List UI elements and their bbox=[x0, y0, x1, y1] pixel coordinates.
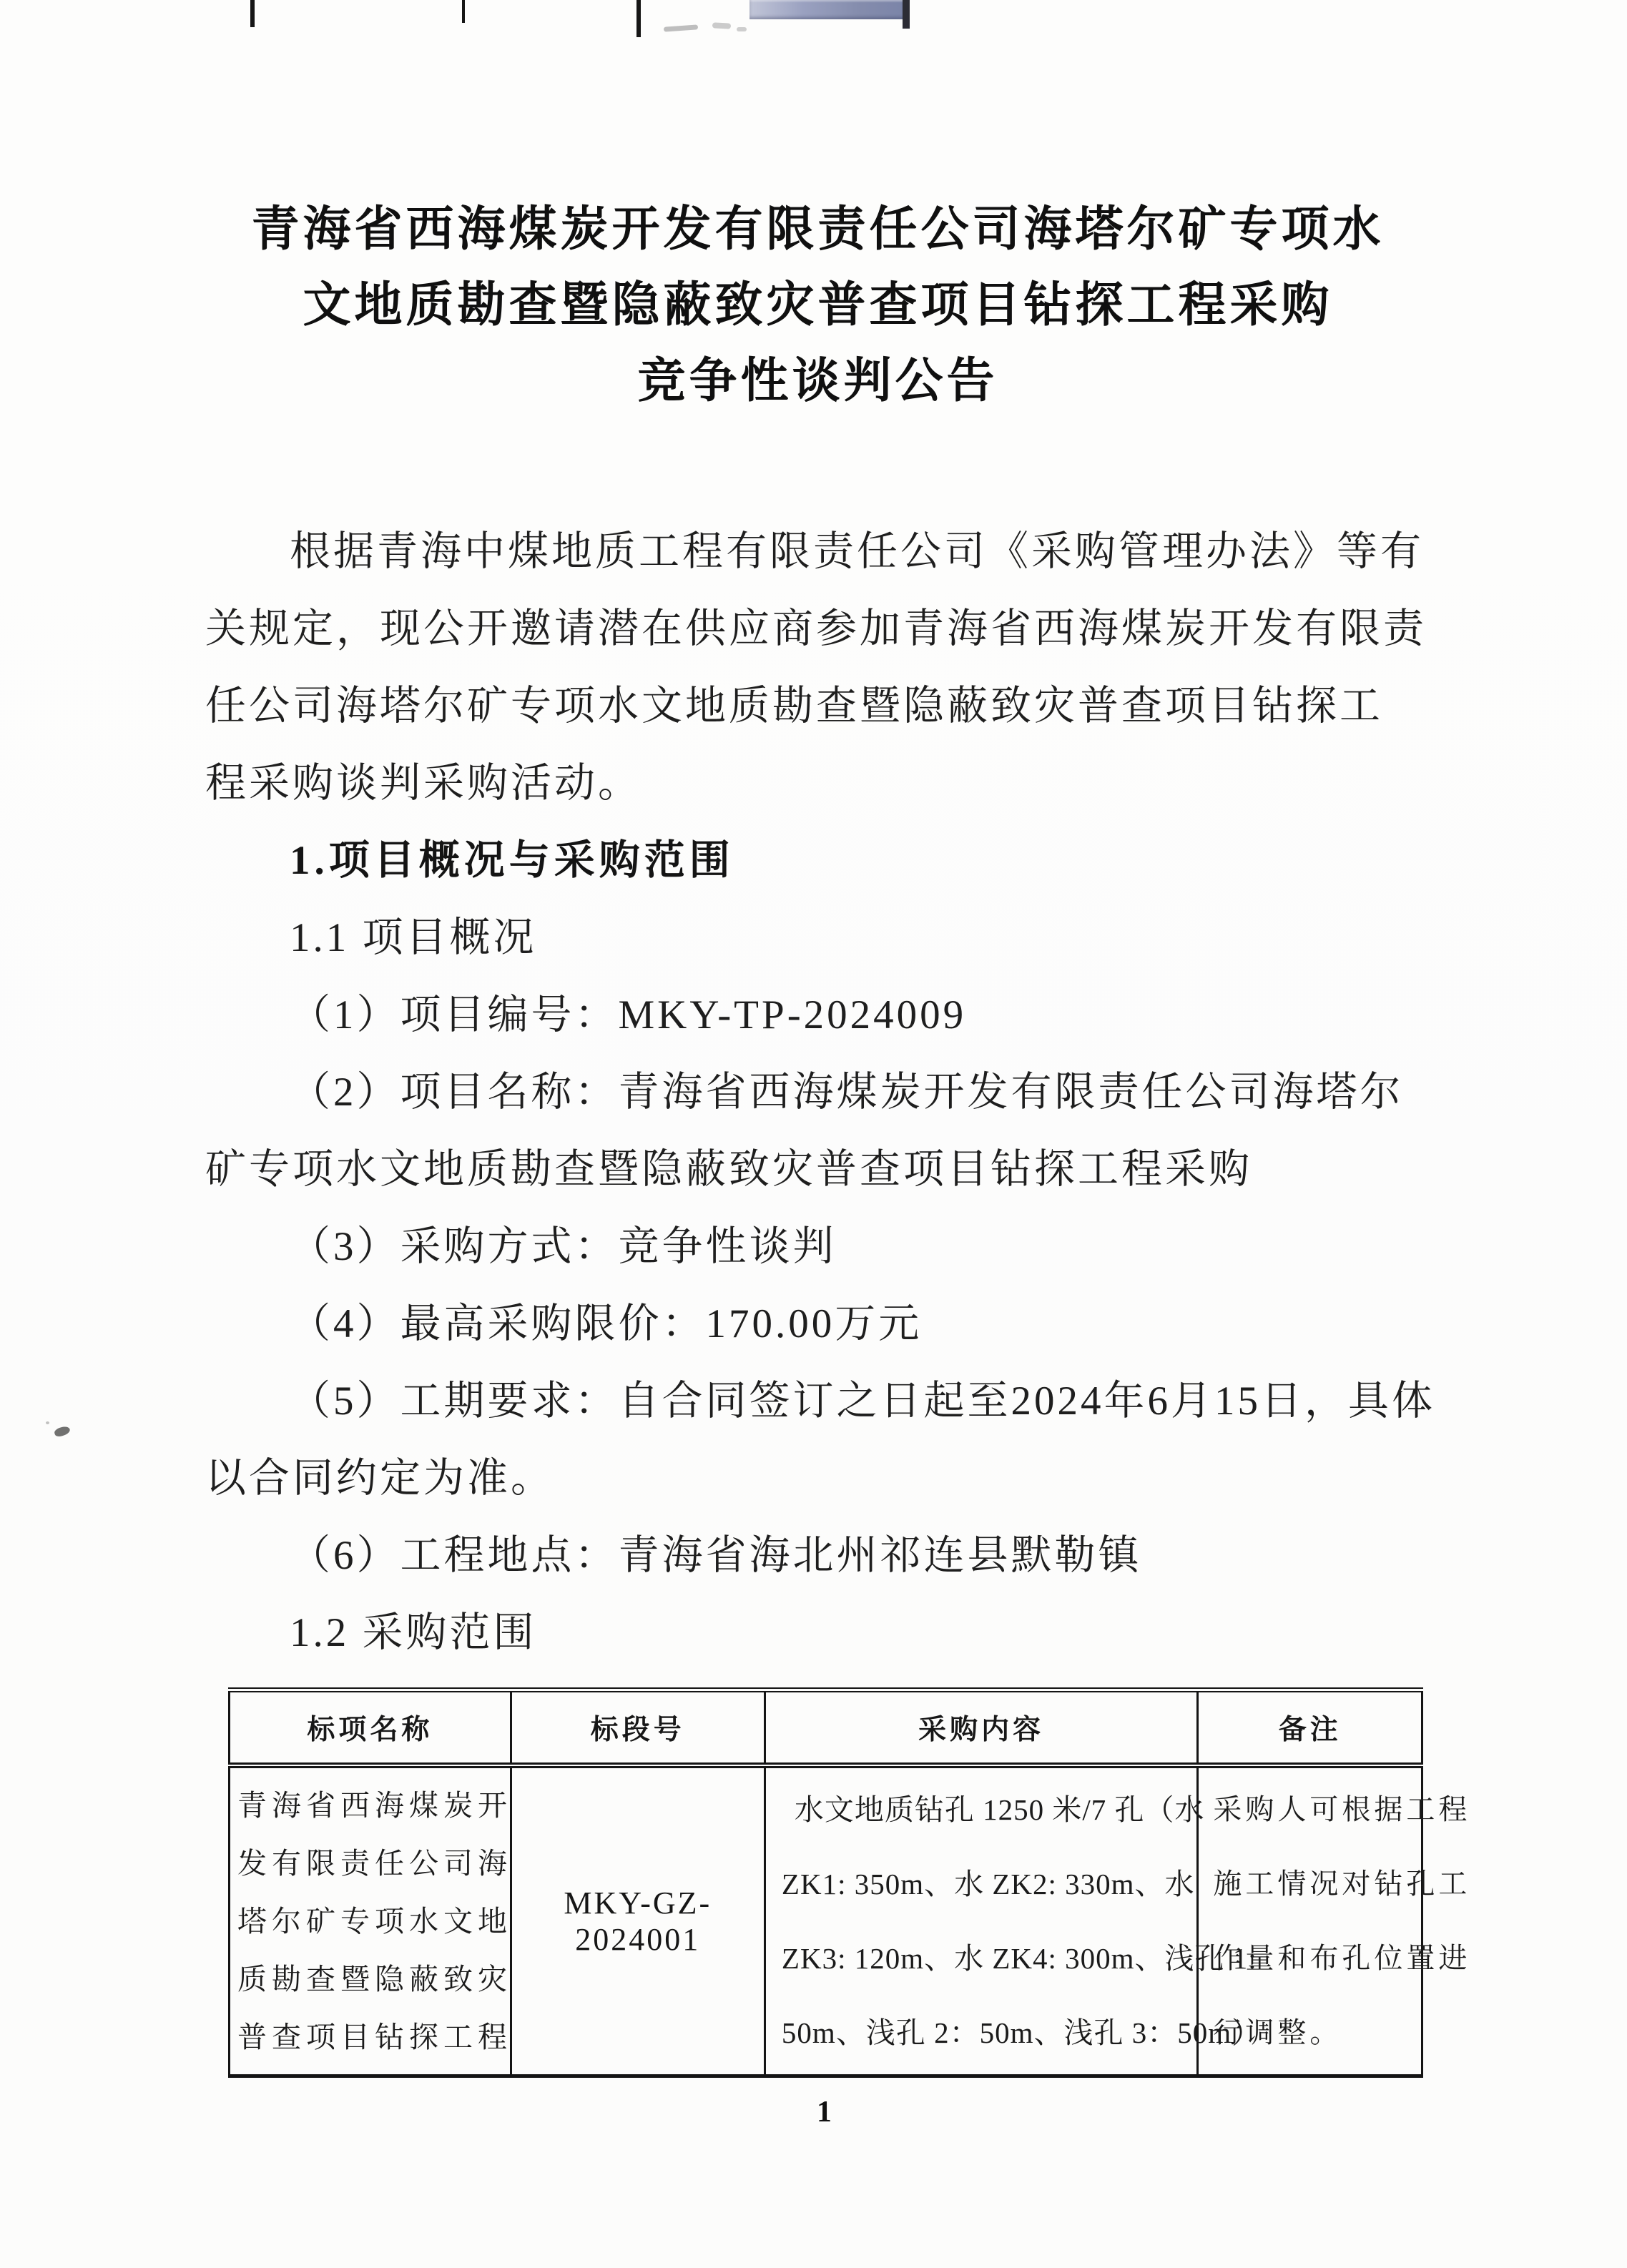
column-header-remark: 备注 bbox=[1198, 1690, 1422, 1766]
table-header-row: 标项名称 标段号 采购内容 备注 bbox=[230, 1690, 1422, 1766]
cell-procurement-content: 水文地质钻孔 1250 米/7 孔（水ZK1: 350m、水 ZK2: 330m… bbox=[765, 1765, 1197, 2076]
cell-line: 行调整。 bbox=[1213, 1996, 1414, 2070]
procurement-scope-table: 标项名称 标段号 采购内容 备注 青海省西海煤炭开发有限责任公司海塔尔矿专项水文… bbox=[228, 1687, 1423, 2078]
body-line: 任公司海塔尔矿专项水文地质勘查暨隐蔽致灾普查项目钻探工 bbox=[205, 668, 1430, 745]
cell-line: ZK3: 120m、水 ZK4: 300m、浅孔 1: bbox=[782, 1921, 1189, 1996]
scan-smudge bbox=[664, 24, 698, 31]
scan-edge-band bbox=[749, 0, 904, 19]
scan-tick-mark bbox=[636, 0, 641, 37]
body-line: 1.2 采购范围 bbox=[205, 1594, 1430, 1672]
title-line: 青海省西海煤炭开发有限责任公司海塔尔矿专项水 bbox=[205, 192, 1430, 267]
body-line: 以合同约定为准。 bbox=[205, 1440, 1430, 1517]
cell-line: 质勘查暨隐蔽致灾 bbox=[237, 1951, 503, 2008]
scan-smudge bbox=[737, 27, 747, 31]
cell-remark: 采购人可根据工程施工情况对钻孔工作量和布孔位置进行调整。 bbox=[1198, 1765, 1422, 2076]
column-header-item-name: 标项名称 bbox=[230, 1690, 511, 1766]
column-header-section-no: 标段号 bbox=[511, 1690, 765, 1766]
cell-item-name: 青海省西海煤炭开发有限责任公司海塔尔矿专项水文地质勘查暨隐蔽致灾普查项目钻探工程 bbox=[230, 1765, 511, 2076]
body-line: （1）项目编号：MKY-TP-2024009 bbox=[205, 977, 1430, 1054]
column-header-content: 采购内容 bbox=[765, 1690, 1197, 1766]
body-line: （3）采购方式：竞争性谈判 bbox=[205, 1208, 1430, 1286]
title-line: 竞争性谈判公告 bbox=[205, 343, 1430, 419]
ink-spot-artifact bbox=[54, 1425, 72, 1438]
cell-section-no: MKY-GZ-2024001 bbox=[511, 1765, 765, 2076]
cell-line: 50m、浅孔 2：50m、浅孔 3：50m） bbox=[782, 1996, 1189, 2070]
cell-line: 青海省西海煤炭开 bbox=[237, 1777, 503, 1835]
cell-line: 发有限责任公司海 bbox=[237, 1835, 503, 1893]
body-line: （2）项目名称：青海省西海煤炭开发有限责任公司海塔尔 bbox=[205, 1054, 1430, 1131]
cell-line: 普查项目钻探工程 bbox=[237, 2008, 503, 2066]
announcement-body: 根据青海中煤地质工程有限责任公司《采购管理办法》等有关规定，现公开邀请潜在供应商… bbox=[205, 513, 1430, 1672]
document-title: 青海省西海煤炭开发有限责任公司海塔尔矿专项水文地质勘查暨隐蔽致灾普查项目钻探工程… bbox=[205, 192, 1430, 419]
scanned-document-page: 青海省西海煤炭开发有限责任公司海塔尔矿专项水文地质勘查暨隐蔽致灾普查项目钻探工程… bbox=[0, 0, 1627, 2268]
body-line: （6）工程地点：青海省海北州祁连县默勒镇 bbox=[205, 1517, 1430, 1594]
cell-line: 水文地质钻孔 1250 米/7 孔（水 bbox=[782, 1773, 1189, 1847]
title-line: 文地质勘查暨隐蔽致灾普查项目钻探工程采购 bbox=[205, 267, 1430, 343]
body-line: 矿专项水文地质勘查暨隐蔽致灾普查项目钻探工程采购 bbox=[205, 1131, 1430, 1208]
table-row: 青海省西海煤炭开发有限责任公司海塔尔矿专项水文地质勘查暨隐蔽致灾普查项目钻探工程… bbox=[230, 1765, 1422, 2076]
scan-smudge bbox=[712, 22, 731, 29]
cell-line: 采购人可根据工程 bbox=[1213, 1773, 1414, 1847]
page-number: 1 bbox=[817, 2095, 832, 2129]
cell-line: 作量和布孔位置进 bbox=[1213, 1921, 1414, 1996]
body-line: 根据青海中煤地质工程有限责任公司《采购管理办法》等有 bbox=[205, 513, 1430, 591]
cell-line: 塔尔矿专项水文地 bbox=[237, 1893, 503, 1951]
scan-edge-bar bbox=[903, 0, 910, 29]
body-line: 1.项目概况与采购范围 bbox=[205, 822, 1430, 899]
body-line: 程采购谈判采购活动。 bbox=[205, 745, 1430, 822]
body-line: 1.1 项目概况 bbox=[205, 899, 1430, 977]
body-line: （5）工期要求：自合同签订之日起至2024年6月15日，具体 bbox=[205, 1363, 1430, 1440]
ink-dot-artifact bbox=[46, 1421, 49, 1424]
document-content: 青海省西海煤炭开发有限责任公司海塔尔矿专项水文地质勘查暨隐蔽致灾普查项目钻探工程… bbox=[205, 192, 1430, 2078]
scan-tick-mark bbox=[462, 0, 465, 23]
scan-tick-mark bbox=[250, 0, 255, 27]
cell-line: 施工情况对钻孔工 bbox=[1213, 1847, 1414, 1921]
body-line: （4）最高采购限价：170.00万元 bbox=[205, 1286, 1430, 1363]
body-line: 关规定，现公开邀请潜在供应商参加青海省西海煤炭开发有限责 bbox=[205, 591, 1430, 668]
cell-line: ZK1: 350m、水 ZK2: 330m、水 bbox=[782, 1847, 1189, 1921]
